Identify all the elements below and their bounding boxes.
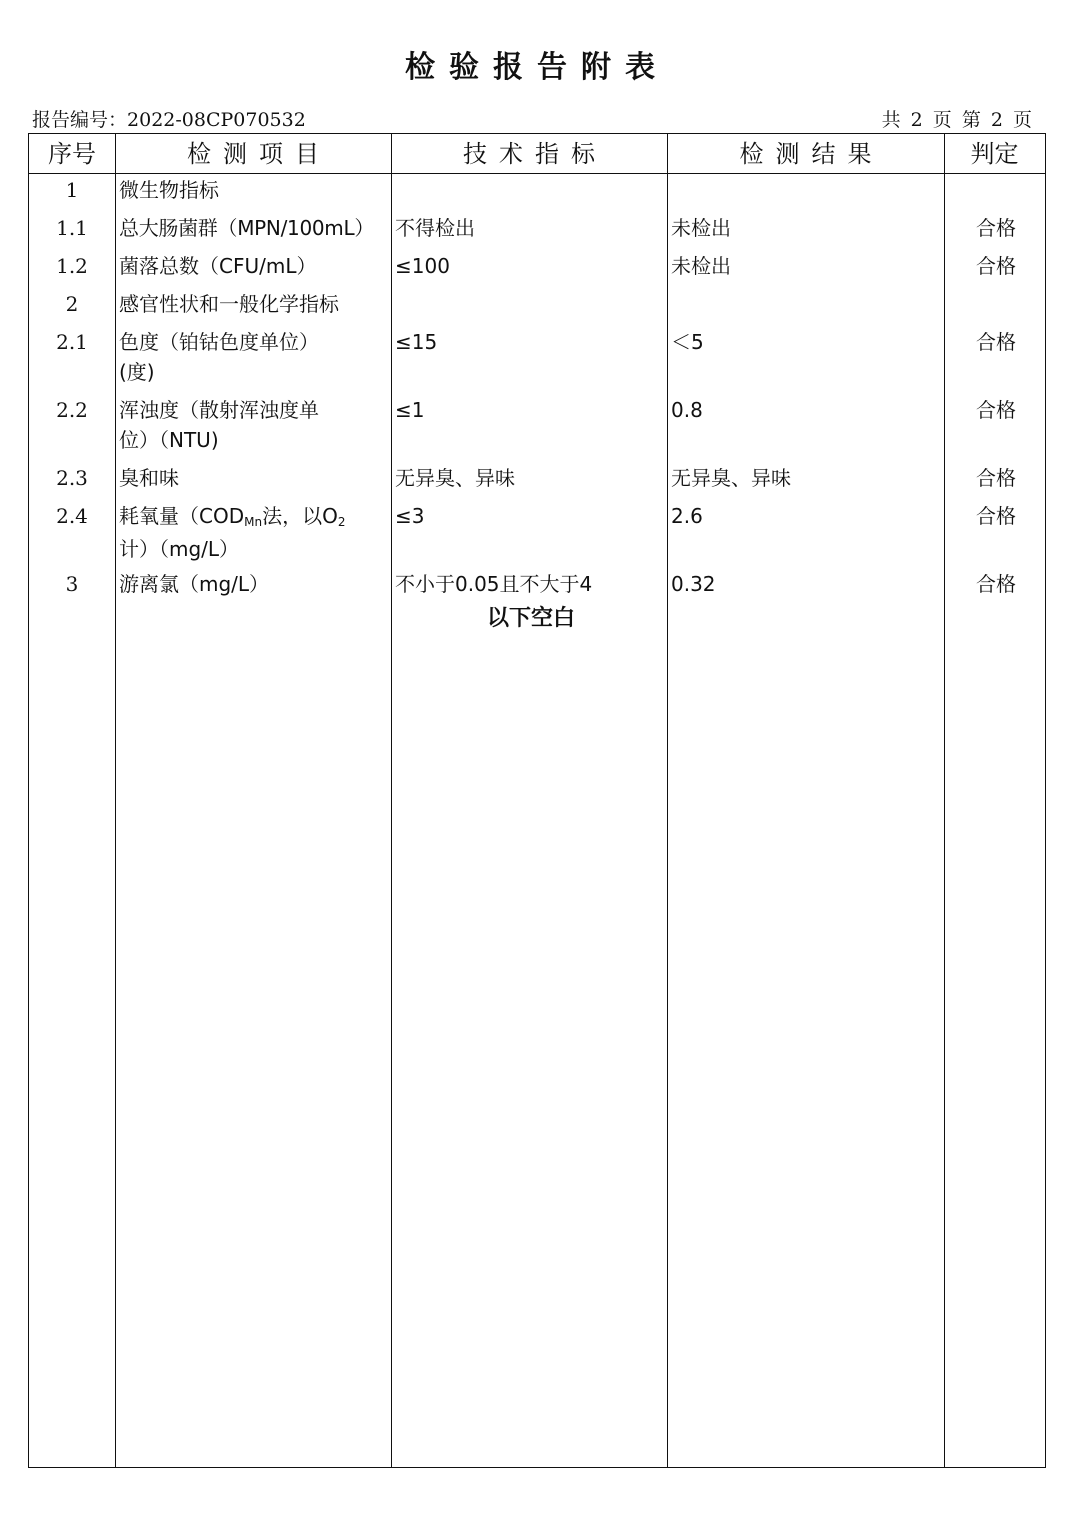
- report-number: 报告编号：2022-08CP070532: [32, 108, 306, 132]
- row-item-line2: 位）（NTU): [119, 425, 389, 455]
- row-item: 色度（铂钴色度单位） (度): [119, 327, 389, 387]
- document-title: 检验报告附表: [0, 46, 1074, 90]
- item-text: 法，以O: [262, 504, 338, 528]
- row-judgement: 合格: [946, 395, 1046, 425]
- row-item: 浑浊度（散射浑浊度单 位）（NTU): [119, 395, 389, 455]
- row-item-line1: 浑浊度（散射浑浊度单: [119, 395, 389, 425]
- row-standard: ≤3: [395, 501, 665, 531]
- row-standard: 不得检出: [395, 213, 665, 243]
- row-no: 1.2: [29, 251, 115, 281]
- row-judgement: 合格: [946, 251, 1046, 281]
- row-no: 2.1: [29, 327, 115, 357]
- header-result: 检测结果: [667, 134, 944, 174]
- report-number-label: 报告编号：: [32, 109, 127, 131]
- row-standard: ≤100: [395, 251, 665, 281]
- row-item: 微生物指标: [119, 175, 389, 205]
- row-judgement: 合格: [946, 213, 1046, 243]
- row-item: 耗氧量（CODMn法，以O2 计）（mg/L）: [119, 501, 389, 564]
- row-no: 2.2: [29, 395, 115, 425]
- subscript: Mn: [244, 515, 262, 529]
- row-result: 未检出: [671, 213, 941, 243]
- row-standard: ≤15: [395, 327, 665, 357]
- row-item-line2: 计）（mg/L）: [119, 534, 389, 564]
- row-judgement: 合格: [946, 501, 1046, 531]
- row-judgement: 合格: [946, 327, 1046, 357]
- row-item: 感官性状和一般化学指标: [119, 289, 389, 319]
- row-item: 臭和味: [119, 463, 389, 493]
- row-judgement: 合格: [946, 569, 1046, 599]
- row-no: 2.4: [29, 501, 115, 531]
- row-item-line2: (度): [119, 357, 389, 387]
- column-divider: [944, 134, 945, 1467]
- row-result: 0.32: [671, 569, 941, 599]
- end-note: 以下空白: [395, 604, 667, 634]
- row-item: 游离氯（mg/L）: [119, 569, 389, 599]
- results-table: 序号 检测项目 技术指标 检测结果 判定 1 微生物指标 1.1 总大肠菌群（M…: [28, 133, 1046, 1468]
- row-no: 3: [29, 569, 115, 599]
- row-judgement: 合格: [946, 463, 1046, 493]
- row-result: 无异臭、异味: [671, 463, 941, 493]
- row-no: 2: [29, 289, 115, 319]
- row-result: 2.6: [671, 501, 941, 531]
- header-standard: 技术指标: [391, 134, 667, 174]
- row-result: 0.8: [671, 395, 941, 425]
- row-no: 2.3: [29, 463, 115, 493]
- row-result: ＜5: [671, 327, 941, 357]
- row-standard: 不小于0.05且不大于4: [395, 569, 665, 599]
- column-divider: [115, 134, 116, 1467]
- report-number-value: 2022-08CP070532: [127, 109, 306, 131]
- column-divider: [391, 134, 392, 1467]
- row-item: 菌落总数（CFU/mL）: [119, 251, 389, 281]
- row-standard: 无异臭、异味: [395, 463, 665, 493]
- row-no: 1.1: [29, 213, 115, 243]
- row-standard: ≤1: [395, 395, 665, 425]
- item-text: 耗氧量（COD: [119, 504, 244, 528]
- row-no: 1: [29, 175, 115, 205]
- header-item: 检测项目: [115, 134, 391, 174]
- row-item-line1: 色度（铂钴色度单位）: [119, 327, 389, 357]
- row-result: 未检出: [671, 251, 941, 281]
- subscript: 2: [338, 515, 346, 529]
- column-divider: [667, 134, 668, 1467]
- header-no: 序号: [29, 134, 115, 174]
- row-item-line1: 耗氧量（CODMn法，以O2: [119, 501, 389, 534]
- page-info: 共 2 页 第 2 页: [882, 108, 1032, 132]
- row-item: 总大肠菌群（MPN/100mL）: [119, 213, 394, 243]
- header-judgement: 判定: [944, 134, 1045, 174]
